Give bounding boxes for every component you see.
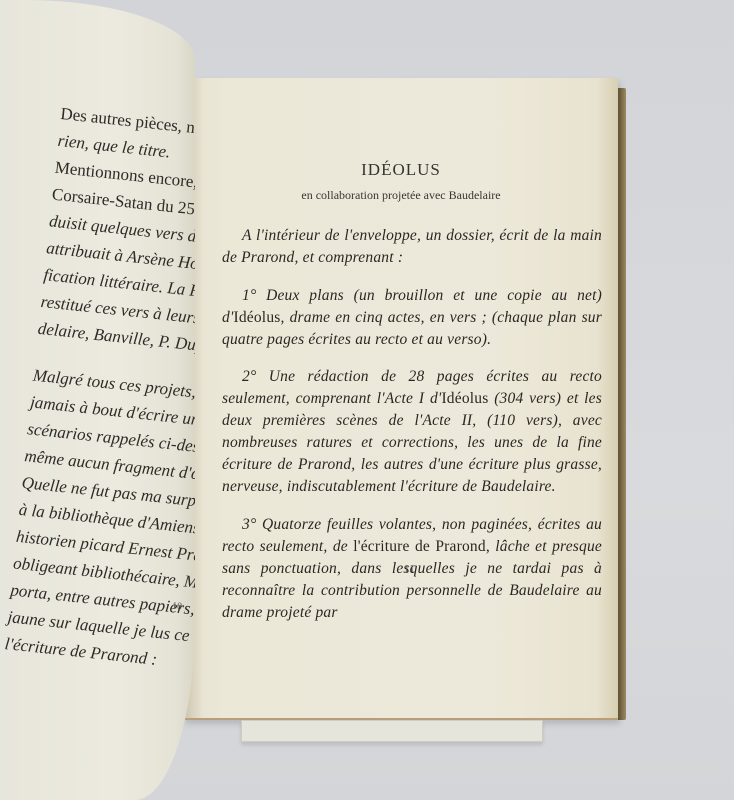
work-title: Idéolus xyxy=(441,390,488,407)
paragraph-text: A l'intérieur de l'enveloppe, un dossier… xyxy=(222,227,602,266)
left-page-text: Des autres pièces, nous ne rien, que le … xyxy=(3,100,195,675)
page-number-right: 11 xyxy=(404,563,415,575)
paragraph-intro: A l'intérieur de l'enveloppe, un dossier… xyxy=(222,225,602,269)
card-slip xyxy=(241,720,543,742)
work-title: Idéolus xyxy=(233,309,280,326)
paragraph-item-2: 2° Une rédaction de 28 pages écrites au … xyxy=(222,366,602,498)
left-page: Des autres pièces, nous ne rien, que le … xyxy=(0,0,195,800)
paragraph-item-1: 1° Deux plans (un brouillon et une copie… xyxy=(222,285,602,351)
page-title: IDÉOLUS xyxy=(200,160,602,180)
roman-text: l'écriture de Prarond, xyxy=(353,538,490,555)
page-number-left: 10 xyxy=(171,601,182,613)
page-subtitle: en collaboration projetée avec Baudelair… xyxy=(200,188,602,203)
